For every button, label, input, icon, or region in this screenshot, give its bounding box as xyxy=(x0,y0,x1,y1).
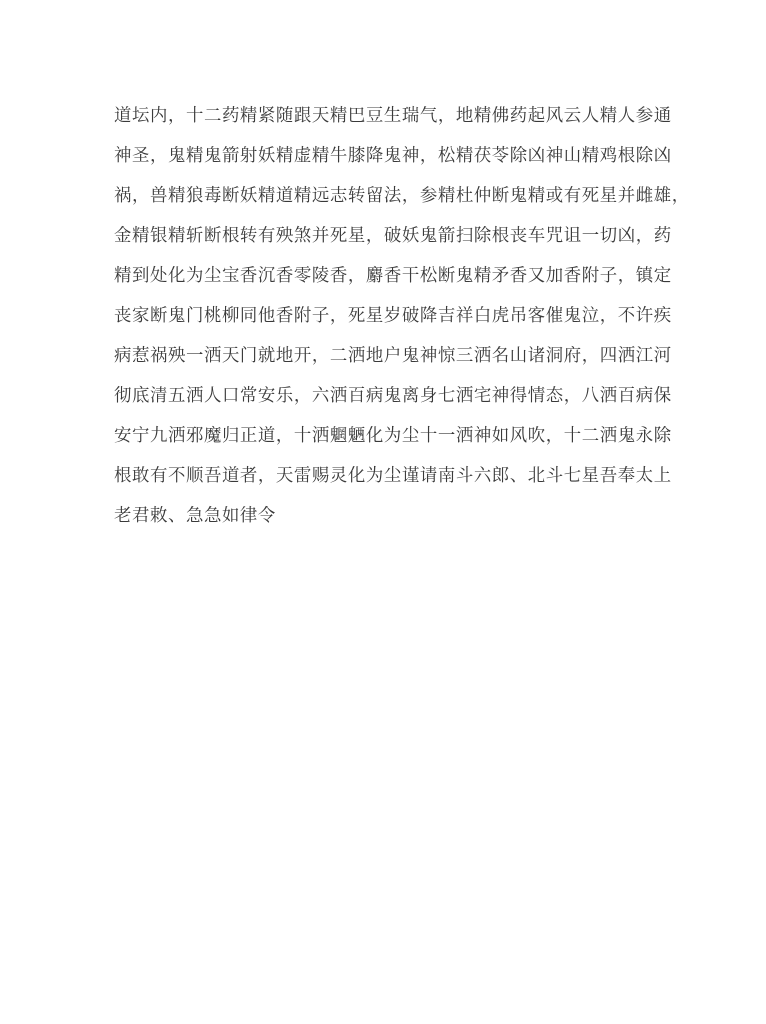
text-line: 神圣，鬼精鬼箭射妖精虚精牛膝降鬼神，松精茯苓除凶神山精鸡根除凶 xyxy=(114,136,658,176)
text-line: 精到处化为尘宝香沉香零陵香，麝香干松断鬼精矛香又加香附子，镇定 xyxy=(114,256,658,296)
text-line: 安宁九洒邪魔归正道，十洒魍魉化为尘十一洒神如风吹，十二洒鬼永除 xyxy=(114,416,658,456)
text-line: 金精银精斩断根转有殃煞并死星，破妖鬼箭扫除根丧车咒诅一切凶，药 xyxy=(114,216,658,256)
text-line: 根敢有不顺吾道者，天雷赐灵化为尘谨请南斗六郎、北斗七星吾奉太上 xyxy=(114,456,658,496)
text-line: 病惹祸殃一洒天门就地开，二洒地户鬼神惊三洒名山诸洞府，四洒江河 xyxy=(114,336,658,376)
document-page: 道坛内，十二药精紧随跟天精巴豆生瑞气，地精佛药起风云人精人参通 神圣，鬼精鬼箭射… xyxy=(114,96,658,536)
text-line: 丧家断鬼门桃柳同他香附子，死星岁破降吉祥白虎吊客催鬼泣，不许疾 xyxy=(114,296,658,336)
text-line: 彻底清五洒人口常安乐，六洒百病鬼离身七洒宅神得情态，八洒百病保 xyxy=(114,376,658,416)
text-line: 道坛内，十二药精紧随跟天精巴豆生瑞气，地精佛药起风云人精人参通 xyxy=(114,96,658,136)
text-line: 祸，兽精狼毒断妖精道精远志转留法，参精杜仲断鬼精或有死星并雌雄， xyxy=(114,176,658,216)
body-paragraph: 道坛内，十二药精紧随跟天精巴豆生瑞气，地精佛药起风云人精人参通 神圣，鬼精鬼箭射… xyxy=(114,96,658,536)
text-line: 老君敕、急急如律令 xyxy=(114,496,658,536)
